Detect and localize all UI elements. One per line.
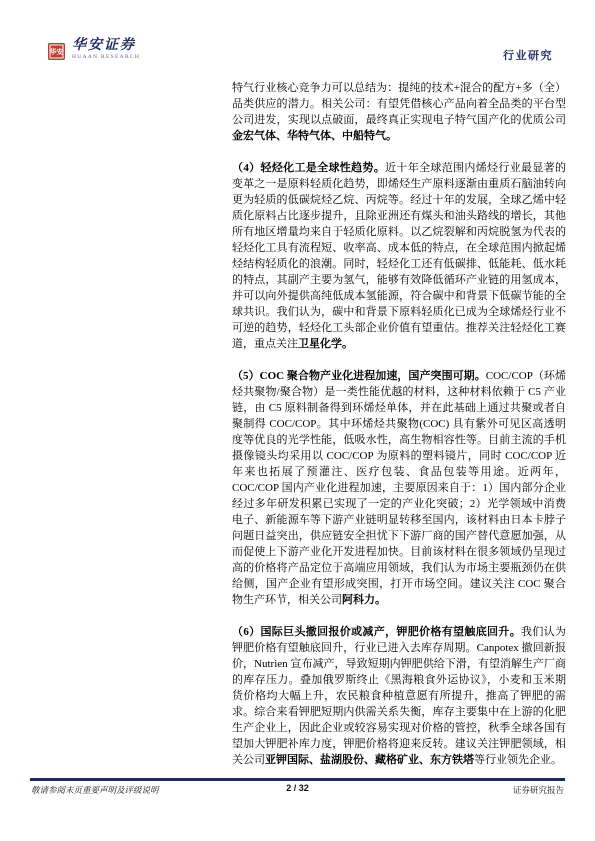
brand-text: 华安证券 HUAAN RESEARCH [72,38,140,60]
bold-text-run: 阿科力。 [342,594,386,606]
text-run: 等行业领先企业。 [474,754,562,766]
report-category-label: 行业研究 [503,47,553,63]
page-number: 2 / 32 [0,783,595,793]
report-body: 特气行业核心竞争力可以总结为：提纯的技术+混合的配方+多（全）品类供应的潜力。相… [232,80,566,784]
huaan-seal-icon: 华安 [48,43,65,60]
bold-text-run: 金宏气体、华特气体、中船特气。 [232,130,397,142]
bold-text-run: 亚钾国际、盐湖股份、藏格矿业、东方铁塔 [265,754,474,766]
footer-divider [30,778,565,781]
text-run: 我们认为钾肥价格有望触底回升，行业已进入去库存周期。Canpotex 撤回新报价… [232,626,566,766]
bold-text-run: （6）国际巨头撤回报价或减产，钾肥价格有望触底回升。 [232,626,521,638]
text-run: COC/COP（环烯烃共聚物/聚合物）是一类性能优越的材料，这种材料依赖于 C5… [232,370,566,606]
report-page: 华安 华安证券 HUAAN RESEARCH 行业研究 特气行业核心竞争力可以总… [0,0,595,841]
text-run: 特气行业核心竞争力可以总结为：提纯的技术+混合的配方+多（全）品类供应的潜力。相… [232,82,566,126]
bold-text-run: （4）轻烃化工是全球性趋势。 [232,162,385,174]
bold-text-run: 卫星化学。 [298,338,353,350]
brand-logo: 华安 华安证券 HUAAN RESEARCH [48,38,140,60]
body-paragraph: （4）轻烃化工是全球性趋势。近十年全球范围内烯烃行业最显著的变革之一是原料轻质化… [232,160,566,352]
brand-name-en: HUAAN RESEARCH [72,54,140,60]
body-paragraph: （5）COC 聚合物产业化进程加速，国产突围可期。COC/COP（环烯烃共聚物/… [232,368,566,608]
body-paragraph: 特气行业核心竞争力可以总结为：提纯的技术+混合的配方+多（全）品类供应的潜力。相… [232,80,566,144]
brand-name-cn: 华安证券 [72,38,140,53]
text-run: 近十年全球范围内烯烃行业最显著的变革之一是原料轻质化趋势，即烯烃生产原料逐渐由重… [232,162,566,350]
footer-report-type: 证券研究报告 [513,784,564,796]
body-paragraph: （6）国际巨头撤回报价或减产，钾肥价格有望触底回升。我们认为钾肥价格有望触底回升… [232,624,566,768]
bold-text-run: （5）COC 聚合物产业化进程加速，国产突围可期。 [232,370,486,382]
